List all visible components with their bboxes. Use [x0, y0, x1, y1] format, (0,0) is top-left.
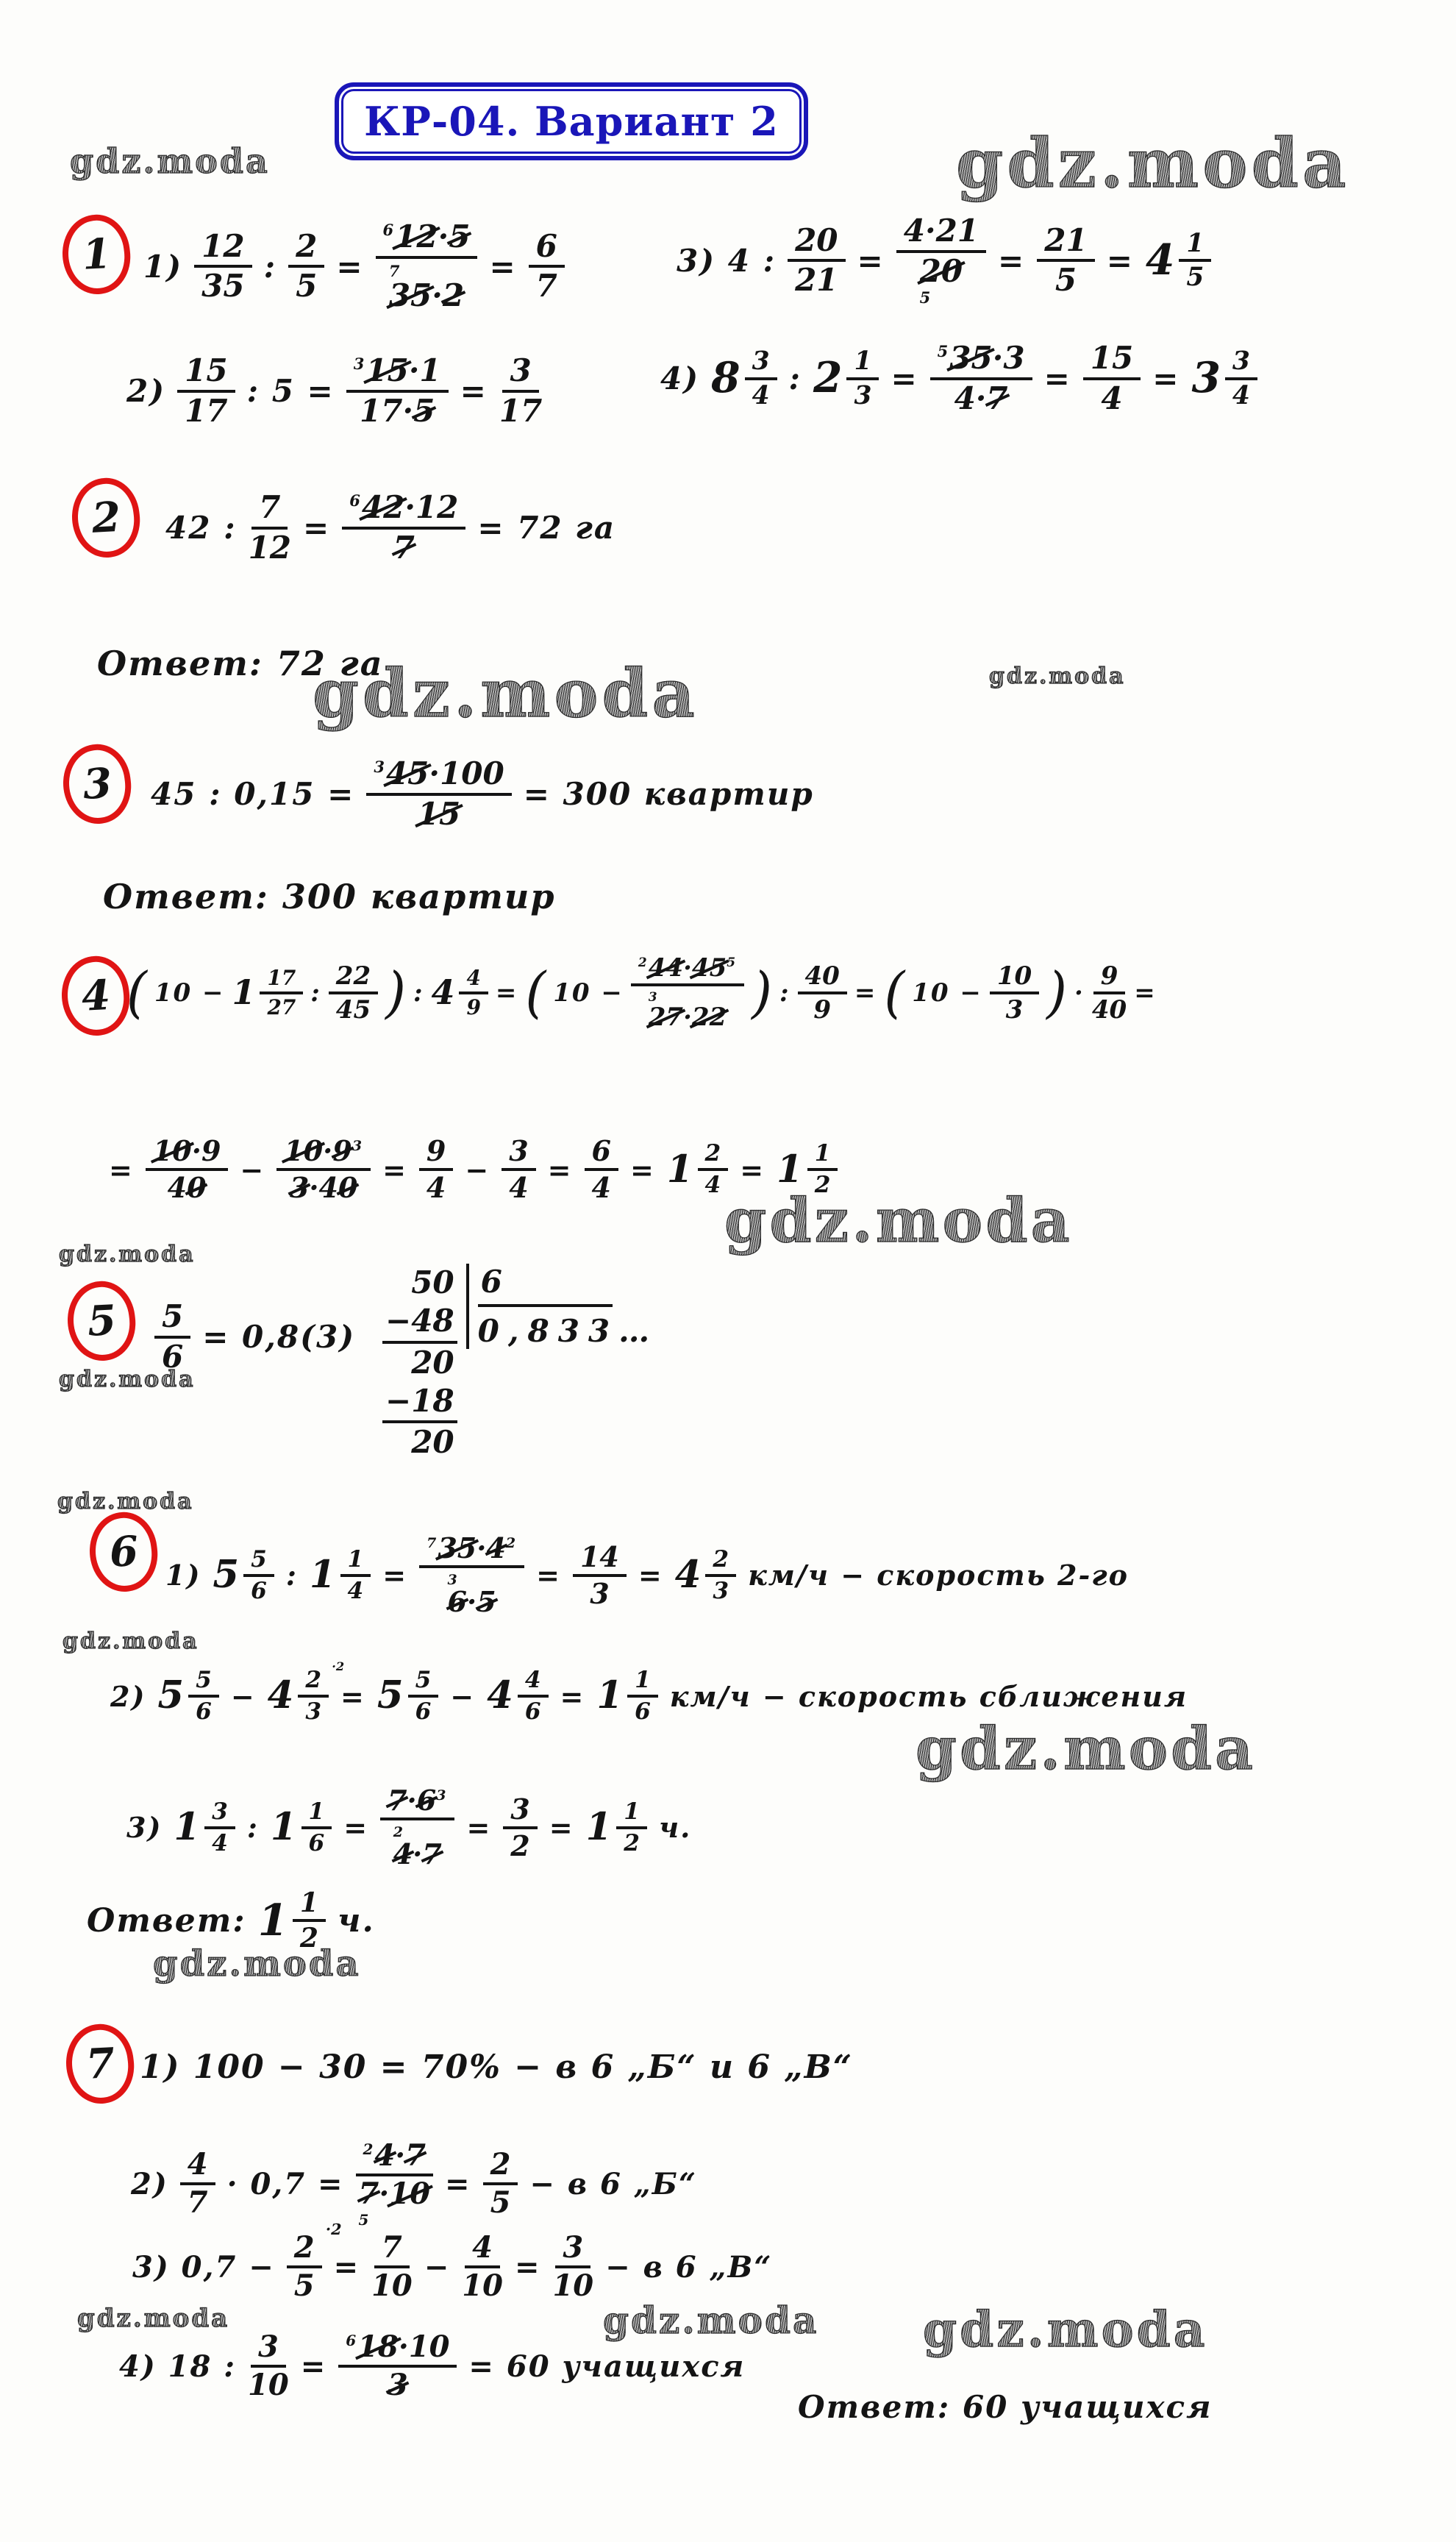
fraction: 940 [1092, 963, 1127, 1023]
math-text: = [740, 1153, 765, 1186]
math-text: Ответ: 300 квартир [103, 877, 556, 916]
numerator: 5 [188, 1668, 219, 1698]
cancel-sup-digit: 3 [374, 758, 385, 776]
numerator: 642·12 [342, 491, 465, 530]
math-text: · 0,7 = [227, 2167, 344, 2201]
denominator: 5 [490, 2185, 511, 2218]
fraction: 317 [499, 355, 542, 427]
denominator: 5 [1055, 262, 1077, 297]
numerator: 244·455 [631, 955, 744, 986]
math-text: = [496, 978, 518, 1008]
math-text: 2) [131, 2167, 168, 2201]
numerator: 1 [616, 1800, 647, 1829]
title-box: КР-04. Вариант 2 [335, 82, 808, 160]
fraction: 94 [419, 1136, 453, 1203]
math-text: = 60 учащихся [468, 2349, 745, 2384]
fraction: 215 [1037, 224, 1094, 297]
math-text: 10 − [912, 978, 982, 1008]
division-row: 50 [408, 1264, 457, 1302]
divisor: 6 [478, 1264, 613, 1307]
math-text: : 5 = [247, 373, 335, 409]
math-text: ч. [659, 1811, 691, 1844]
big-paren: ( [126, 971, 147, 1015]
math-text: 1) [143, 249, 182, 285]
fraction: 12 [807, 1142, 838, 1197]
cancelled-number: 7 [388, 1786, 407, 1815]
cancelled-number: 35 [389, 280, 432, 313]
numerator: 12 [194, 230, 251, 268]
denominator: 27 [267, 994, 296, 1019]
math-text: = [340, 1680, 365, 1713]
numerator: 7 [251, 491, 288, 530]
numerator: 3 [204, 1800, 235, 1829]
denominator: 4 [509, 1171, 528, 1203]
denominator: 12 [249, 530, 291, 565]
fraction: 735·4236·5 [419, 1534, 524, 1617]
math-text: = [382, 1153, 407, 1186]
cancelled-number: 9 [332, 1136, 351, 1166]
fraction: 535·34·7 [930, 342, 1032, 415]
cancelled-number: 42 [362, 491, 404, 524]
fraction: 56 [154, 1300, 190, 1373]
numerator: 1 [846, 348, 879, 380]
denominator: 5 [1186, 262, 1204, 291]
denominator: 4 [427, 1171, 446, 1203]
math-text: : [286, 1559, 298, 1592]
mixed-number: 134 [174, 1800, 235, 1856]
cancelled-number: 10 [153, 1136, 192, 1166]
denominator: 45 [336, 994, 371, 1023]
watermark: gdz.moda [57, 1489, 194, 1514]
problem-number: 6 [108, 1527, 139, 1577]
numerator: 22 [329, 963, 378, 994]
denominator: 3·40 [290, 1171, 358, 1203]
fraction: 7·6324·7 [380, 1786, 454, 1870]
cancelled-number: 45 [386, 758, 429, 791]
whole-part: 5 [157, 1677, 184, 1715]
division-row: 20 [408, 1423, 457, 1462]
math-line: 2)556−423·2=556−446=116км/ч − скорость с… [110, 1668, 1188, 1724]
big-paren: ) [752, 971, 772, 1015]
numerator: 1 [293, 1889, 326, 1922]
whole-part: 1 [232, 976, 256, 1010]
mixed-number: 556 [157, 1668, 218, 1724]
math-text: = [336, 249, 363, 285]
math-line: 4)834:213=535·34·7=154=334 [660, 342, 1257, 415]
numerator: 5 [243, 1548, 274, 1577]
math-text: км/ч − скорость 2-го [748, 1559, 1129, 1592]
denominator: 17·5 [360, 393, 435, 428]
fraction: 103 [990, 963, 1039, 1023]
numerator: 7 [374, 2232, 410, 2268]
math-line: 56= 0,8(3) [154, 1300, 355, 1373]
math-line: Ответ:112ч. [87, 1889, 375, 1952]
whole-part: 4 [675, 1556, 702, 1594]
denominator: 6 [162, 1339, 183, 1374]
math-text: = [303, 510, 330, 546]
mixed-number: 112 [258, 1889, 326, 1952]
problem-number-badge: 4 [57, 953, 134, 1039]
numerator: 5 [154, 1300, 190, 1339]
math-text: 3) 4 : [677, 243, 776, 279]
denominator: 327·22 [649, 986, 727, 1030]
math-text: = [638, 1559, 663, 1592]
math-text: = [560, 1680, 585, 1713]
cancelled-number: 0 [338, 1173, 357, 1203]
whole-part: 4 [432, 976, 455, 1010]
cancel-sub-digit: 5 [920, 288, 961, 306]
numerator: 2 [298, 1668, 329, 1698]
denominator: 7·105 [359, 2176, 430, 2228]
mixed-number: 449 [432, 967, 488, 1018]
numerator: 4 [180, 2149, 215, 2185]
denominator: 10 [248, 2368, 289, 2401]
cancel-sup-digit: 2 [506, 1535, 515, 1551]
denominator: 3 [854, 380, 871, 410]
math-text: : [264, 249, 277, 285]
fraction: 12 [293, 1889, 326, 1952]
denominator: 9 [813, 994, 831, 1023]
mixed-number: 423 [675, 1548, 736, 1603]
division-row: 20 [408, 1344, 457, 1382]
math-text: = [445, 2167, 471, 2201]
denominator: 7 [536, 268, 557, 303]
cancelled-number: 4 [374, 2140, 395, 2171]
denominator: 4 [212, 1829, 228, 1856]
math-text: − [465, 1153, 490, 1186]
fraction: 56 [243, 1548, 274, 1603]
math-line: Ответ: 60 учащихся [798, 2389, 1213, 2425]
numerator: 2 [483, 2149, 518, 2185]
denominator: 3 [305, 1698, 321, 1724]
numerator: 21 [1037, 224, 1094, 263]
math-text: Ответ: [87, 1902, 246, 1940]
division-row: −18 [382, 1382, 457, 1423]
denominator: 4 [705, 1171, 721, 1197]
cancel-sup-digit: 6 [349, 491, 360, 510]
cancelled-number: 10 [389, 2179, 430, 2210]
numerator: 7·63 [380, 1786, 454, 1820]
mixed-number: 112 [586, 1800, 647, 1856]
cancel-sup-digit: 3 [354, 355, 365, 373]
fraction: 46 [518, 1668, 549, 1724]
division-row: −48 [382, 1302, 457, 1343]
whole-part: 5 [377, 1677, 404, 1715]
fraction: 712 [249, 491, 291, 564]
cancelled-number: 7 [422, 1840, 441, 1869]
cancelled-number: 18 [357, 2332, 399, 2363]
math-text: = [891, 360, 918, 396]
watermark: gdz.moda [77, 2304, 229, 2333]
whole-part: 1 [586, 1809, 613, 1846]
fraction: 25·2 [287, 2232, 322, 2302]
whole-part: 8 [711, 357, 740, 399]
watermark: gdz.moda [916, 1714, 1256, 1783]
denominator: 35 [201, 268, 244, 303]
denominator: 4 [752, 380, 770, 410]
fraction: 23·2 [298, 1668, 329, 1724]
fraction: 154 [1083, 342, 1141, 415]
big-paren: ) [385, 971, 406, 1015]
mixed-number: 124 [667, 1142, 728, 1197]
fraction: 4·21205 [896, 215, 986, 306]
cancel-sup-digit: 5 [727, 955, 735, 970]
math-line: 2)47· 0,7 =24·77·105=25− в 6 „Б“ [131, 2140, 697, 2228]
fraction: 2021 [788, 224, 845, 297]
problem-number: 3 [82, 759, 113, 809]
math-text: Ответ: 72 га [97, 644, 384, 683]
cancelled-number: 6 [448, 1587, 467, 1617]
cancelled-number: 3 [388, 2370, 408, 2401]
numerator: 2 [705, 1548, 736, 1577]
math-text: : [413, 978, 424, 1008]
denominator: 3 [713, 1577, 729, 1603]
denominator: 21 [795, 262, 838, 297]
cancel-sub-digit: 3 [649, 989, 726, 1004]
fraction: 310 [552, 2232, 593, 2302]
math-text: = [343, 1811, 368, 1844]
fraction: 34 [502, 1136, 535, 1203]
cancelled-number: 27 [649, 1004, 683, 1030]
fraction: 24 [698, 1142, 729, 1197]
numerator: 3 [555, 2232, 590, 2268]
denominator: 2 [510, 1829, 529, 1861]
mixed-number: 446 [487, 1668, 548, 1724]
problem-number: 7 [85, 2039, 115, 2089]
numerator: 6 [585, 1136, 618, 1171]
fraction: 13 [846, 348, 879, 409]
numerator: 10·9 [146, 1136, 229, 1171]
math-text: км/ч − скорость сближения [670, 1680, 1188, 1713]
math-text: = 300 квартир [524, 776, 814, 812]
denominator: 4 [1232, 380, 1250, 410]
cancelled-number: 45 [692, 955, 727, 981]
big-paren: ( [884, 971, 904, 1015]
whole-part: 3 [1191, 357, 1220, 399]
math-text: 42 : [165, 510, 237, 546]
cancelled-number: 0 [187, 1173, 206, 1203]
math-text: − в 6 „В“ [605, 2250, 772, 2285]
math-text: = [460, 373, 488, 409]
cancel-sup-digit: 6 [346, 2332, 356, 2349]
math-text: = [857, 243, 885, 279]
math-text: = [854, 978, 877, 1008]
denominator: 10 [371, 2268, 413, 2301]
problem-number-badge: 7 [62, 2021, 138, 2107]
denominator: 6 [525, 1698, 541, 1724]
whole-part: 5 [213, 1556, 239, 1594]
cancelled-number: 7 [393, 532, 415, 565]
math-text: 3) 0,7 − [132, 2250, 275, 2285]
problem-number: 4 [80, 971, 111, 1021]
fraction: 47 [180, 2149, 215, 2219]
cancelled-number: 7 [986, 382, 1007, 416]
math-text: = [549, 1811, 574, 1844]
divisor-column: 60,833… [466, 1264, 659, 1349]
math-text: − [231, 1680, 256, 1713]
fraction: 315·117·5 [346, 355, 449, 427]
numerator: 20 [788, 224, 845, 263]
fraction: 34 [204, 1800, 235, 1856]
cancel-sup-digit: 2 [363, 2140, 374, 2158]
denominator: 2 [815, 1171, 831, 1197]
math-text: 1) 100 − 30 = 70% − в 6 „Б“ и 6 „В“ [140, 2048, 853, 2086]
cancel-sup-digit: 2 [638, 955, 647, 970]
numerator: 345·100 [366, 758, 511, 796]
fraction: 310 [248, 2332, 289, 2402]
cancelled-number: 6 [417, 1786, 436, 1815]
numerator: 1 [301, 1800, 332, 1829]
cancelled-number: 15 [365, 355, 408, 388]
math-text: = 0,8(3) [202, 1319, 355, 1355]
math-text: − [450, 1680, 475, 1713]
whole-part: 1 [667, 1151, 693, 1189]
denominator: 4·7 [954, 380, 1008, 416]
numerator: 4 [518, 1668, 549, 1698]
mixed-number: 834 [711, 348, 777, 409]
denominator: 17 [499, 393, 542, 428]
equivalent-multiplier: ·2 [326, 2221, 342, 2237]
fraction: 1727 [260, 967, 303, 1018]
math-line: Ответ: 72 га [97, 644, 384, 683]
math-text: · [1074, 978, 1085, 1008]
math-text: = [466, 1811, 491, 1844]
mixed-number: 556 [213, 1548, 274, 1603]
denominator: 735·2 [389, 259, 464, 313]
denominator: 6 [635, 1698, 651, 1724]
cancelled-number: 5 [477, 1587, 496, 1617]
numerator: 2 [288, 230, 324, 268]
math-text: ч. [338, 1902, 375, 1940]
math-text: 10 − [553, 978, 624, 1008]
cancelled-number: 3 [290, 1173, 309, 1203]
numerator: 3 [502, 355, 538, 393]
whole-part: 1 [174, 1809, 200, 1846]
denominator: 3 [388, 2368, 408, 2401]
fraction: 24·77·105 [356, 2140, 434, 2228]
fraction: 32 [503, 1795, 537, 1862]
scanned-worksheet-page: КР-04. Вариант 2 gdz.moda gdz.moda gdz.m… [0, 0, 1456, 2542]
fraction: 345·10015 [366, 758, 511, 830]
fraction: 14 [340, 1548, 371, 1603]
cancelled-number: 4 [393, 1840, 413, 1869]
mixed-number: 11727 [232, 967, 304, 1018]
cancelled-number: 35 [949, 342, 992, 375]
numerator: 1 [340, 1548, 371, 1577]
numerator: 2 [287, 2232, 322, 2268]
fraction: 1235 [194, 230, 251, 303]
fraction: 409 [798, 963, 847, 1023]
fraction: 16 [627, 1668, 658, 1724]
math-line: 3) 0,7 −25·2=710−410=310− в 6 „В“ [132, 2232, 772, 2302]
cancelled-number: 7 [405, 2140, 426, 2171]
fraction: 34 [745, 348, 777, 409]
whole-part: 4 [487, 1677, 513, 1715]
numerator: 3 [1225, 348, 1257, 380]
numerator: 1 [627, 1668, 658, 1698]
math-line: 42 :712=642·127= 72 га [165, 491, 615, 564]
dividend-column: 50−4820−1820 [382, 1264, 466, 1462]
denominator: 40 [168, 1171, 207, 1203]
whole-part: 1 [310, 1556, 336, 1594]
cancelled-number: 4 [486, 1534, 505, 1563]
math-text: 10 − [154, 978, 225, 1008]
numerator: 3 [502, 1136, 535, 1171]
fraction: 10·933·40 [276, 1136, 371, 1203]
denominator: 5 [296, 268, 317, 303]
whole-part: 4 [268, 1677, 294, 1715]
big-paren: ) [1046, 971, 1067, 1015]
math-text: − в 6 „Б“ [529, 2167, 697, 2201]
cancel-sup-digit: 6 [383, 221, 394, 239]
math-line: =10·940−10·933·40=94−34=64=124=112 [109, 1136, 838, 1203]
whole-part: 1 [596, 1677, 623, 1715]
math-text: = [998, 243, 1025, 279]
math-line: 1) 100 − 30 = 70% − в 6 „Б“ и 6 „В“ [140, 2048, 853, 2086]
fraction: 612·5735·2 [376, 221, 478, 312]
denominator: 4 [1101, 380, 1122, 416]
math-text: : [310, 978, 321, 1008]
denominator: 10 [462, 2268, 503, 2301]
denominator: 3 [1006, 994, 1024, 1023]
cancelled-number: 2 [443, 280, 464, 313]
numerator: 4 [465, 2232, 500, 2268]
cancelled-number: 12 [395, 221, 438, 254]
math-text: : [247, 1811, 259, 1844]
fraction: 23 [705, 1548, 736, 1603]
math-text: 3) [126, 1811, 162, 1844]
numerator: 15 [177, 355, 235, 393]
mixed-number: 112 [777, 1142, 838, 1197]
numerator: 9 [419, 1136, 453, 1171]
numerator: 3 [503, 1795, 537, 1829]
fraction: 618·103 [338, 2332, 457, 2402]
math-line: 1)1235:25=612·5735·2=67 [143, 221, 565, 312]
problem-number-badge: 5 [63, 1278, 140, 1364]
watermark: gdz.moda [70, 141, 270, 181]
numerator: 5 [408, 1668, 439, 1698]
denominator: 24·7 [393, 1820, 442, 1869]
math-text: = [1134, 978, 1157, 1008]
denominator: 9 [466, 994, 480, 1019]
math-text: = [382, 1559, 407, 1592]
fraction: 16 [301, 1800, 332, 1856]
fraction: 15 [1179, 230, 1211, 291]
math-text: 2) [126, 373, 165, 409]
problem-number-badge: 2 [68, 474, 144, 561]
denominator: 4 [592, 1171, 611, 1203]
numerator: 24·7 [356, 2140, 434, 2176]
problem-number: 5 [86, 1296, 117, 1346]
math-text: 4) 18 : [119, 2349, 236, 2384]
numerator: 612·5 [376, 221, 478, 259]
numerator: 17 [260, 967, 303, 994]
mixed-number: 116 [271, 1800, 332, 1856]
numerator: 10 [990, 963, 1039, 994]
whole-part: 1 [258, 1899, 288, 1943]
math-text: = 72 га [477, 510, 615, 546]
fraction: 64 [585, 1136, 618, 1203]
math-text: = [109, 1153, 134, 1186]
fraction: 25 [288, 230, 324, 303]
numerator: 618·10 [338, 2332, 457, 2368]
numerator: 315·1 [346, 355, 449, 393]
numerator: 735·42 [419, 1534, 524, 1568]
fraction: 56 [408, 1668, 439, 1724]
math-text: − [240, 1153, 265, 1186]
denominator: 15 [418, 796, 460, 831]
whole-part: 2 [813, 357, 842, 399]
